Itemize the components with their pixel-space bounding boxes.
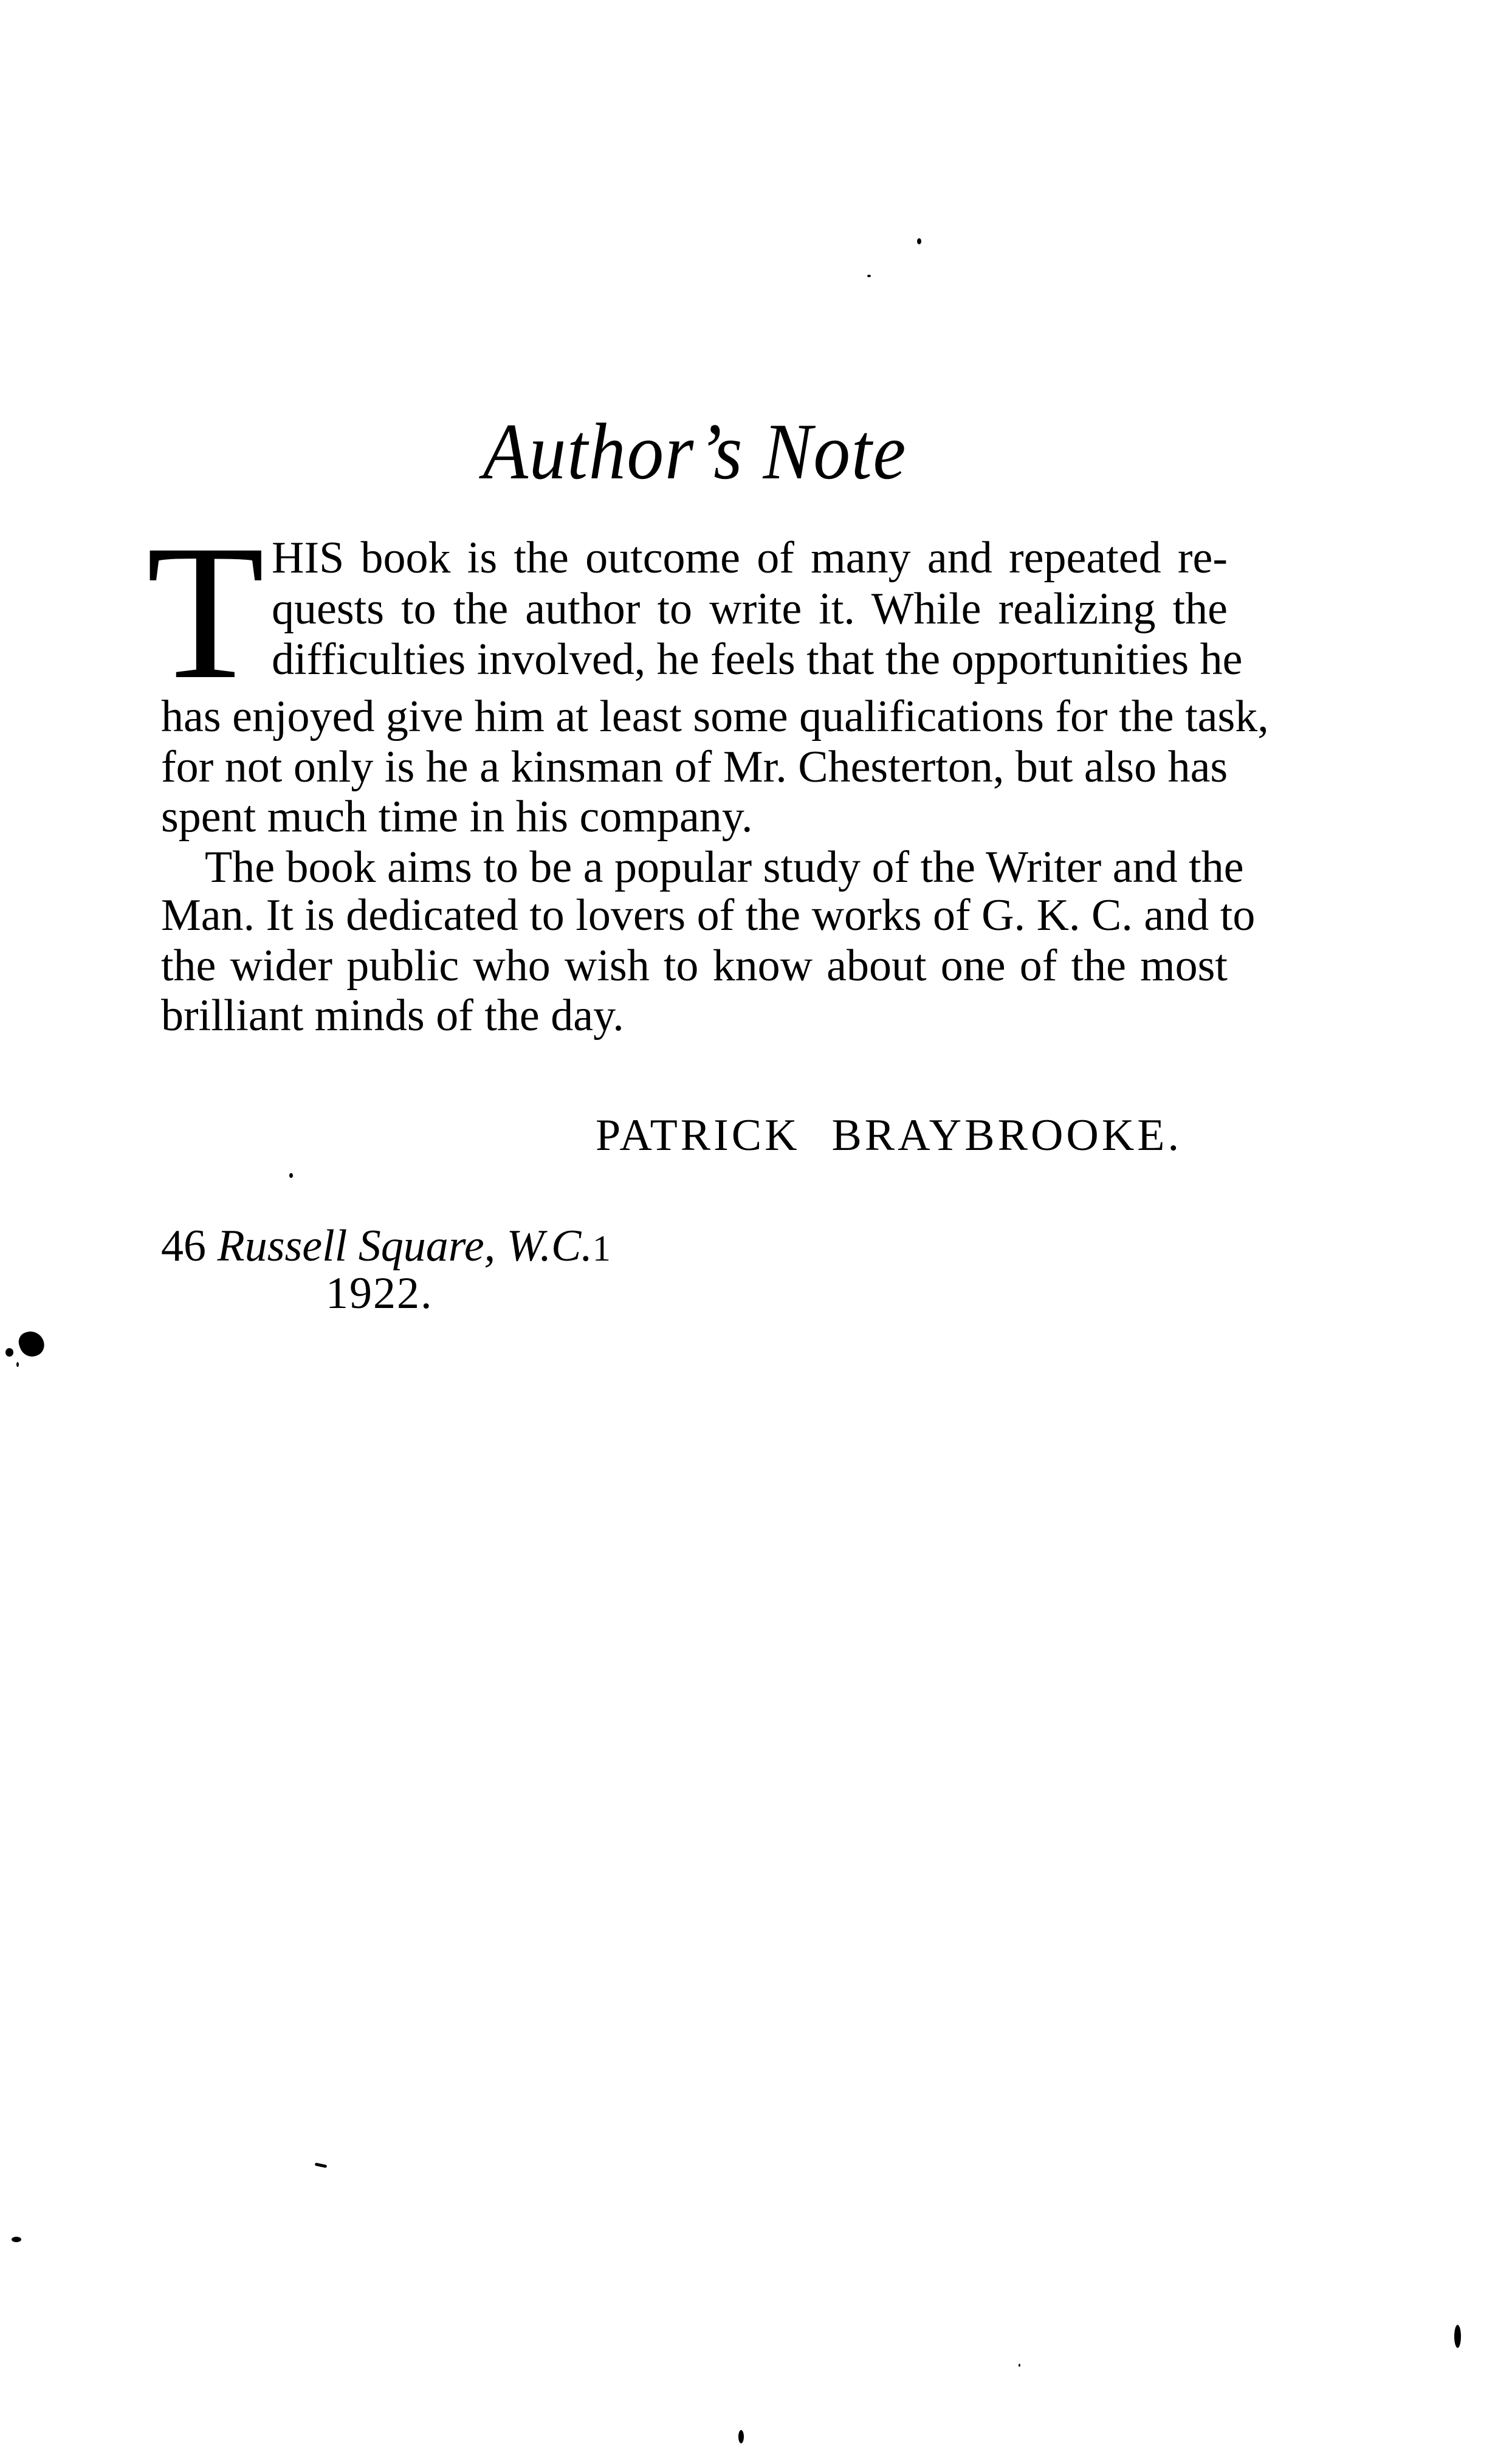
text-line: The book aims to be a popular study of t…	[205, 842, 1228, 893]
text-line: the wider public who wish to know about …	[161, 940, 1228, 991]
text-line: Man. It is dedicated to lovers of the wo…	[161, 890, 1228, 941]
book-page: Author’s Note T HIS book is the outcome …	[0, 0, 1512, 2461]
address-district: 1	[593, 1228, 611, 1268]
address-number: 46	[161, 1221, 206, 1271]
author-signature: PATRICK BRAYBROOKE.	[596, 1110, 1182, 1161]
drop-cap: T	[145, 521, 266, 679]
scan-speck	[12, 2237, 21, 2242]
address-postal: W.C.	[507, 1221, 593, 1271]
address-line: 46 Russell Square, W.C.1	[161, 1220, 611, 1272]
scan-speck	[16, 1327, 47, 1360]
scan-speck	[5, 1348, 13, 1357]
scan-speck	[289, 1173, 293, 1178]
text-line: quests to the author to write it. While …	[272, 583, 1228, 635]
text-line: difficulties involved, he feels that the…	[272, 634, 1228, 685]
text-line: spent much time in his company.	[161, 791, 1228, 842]
scan-speck	[16, 1362, 19, 1367]
text-line: for not only is he a kinsman of Mr. Ches…	[161, 742, 1228, 793]
date-year: 1922.	[326, 1268, 433, 1319]
scan-speck	[1019, 2364, 1020, 2367]
scan-speck	[1454, 2325, 1461, 2348]
scan-speck	[315, 2163, 328, 2168]
scan-speck	[917, 238, 921, 244]
text-line: HIS book is the outcome of many and repe…	[272, 532, 1228, 583]
text-line: has enjoyed give him at least some quali…	[161, 691, 1228, 742]
page-title: Author’s Note	[205, 406, 1185, 509]
scan-speck	[738, 2430, 744, 2443]
scan-speck	[867, 275, 871, 277]
text-line: brilliant minds of the day.	[161, 990, 1228, 1041]
address-street: Russell Square,	[218, 1221, 496, 1271]
